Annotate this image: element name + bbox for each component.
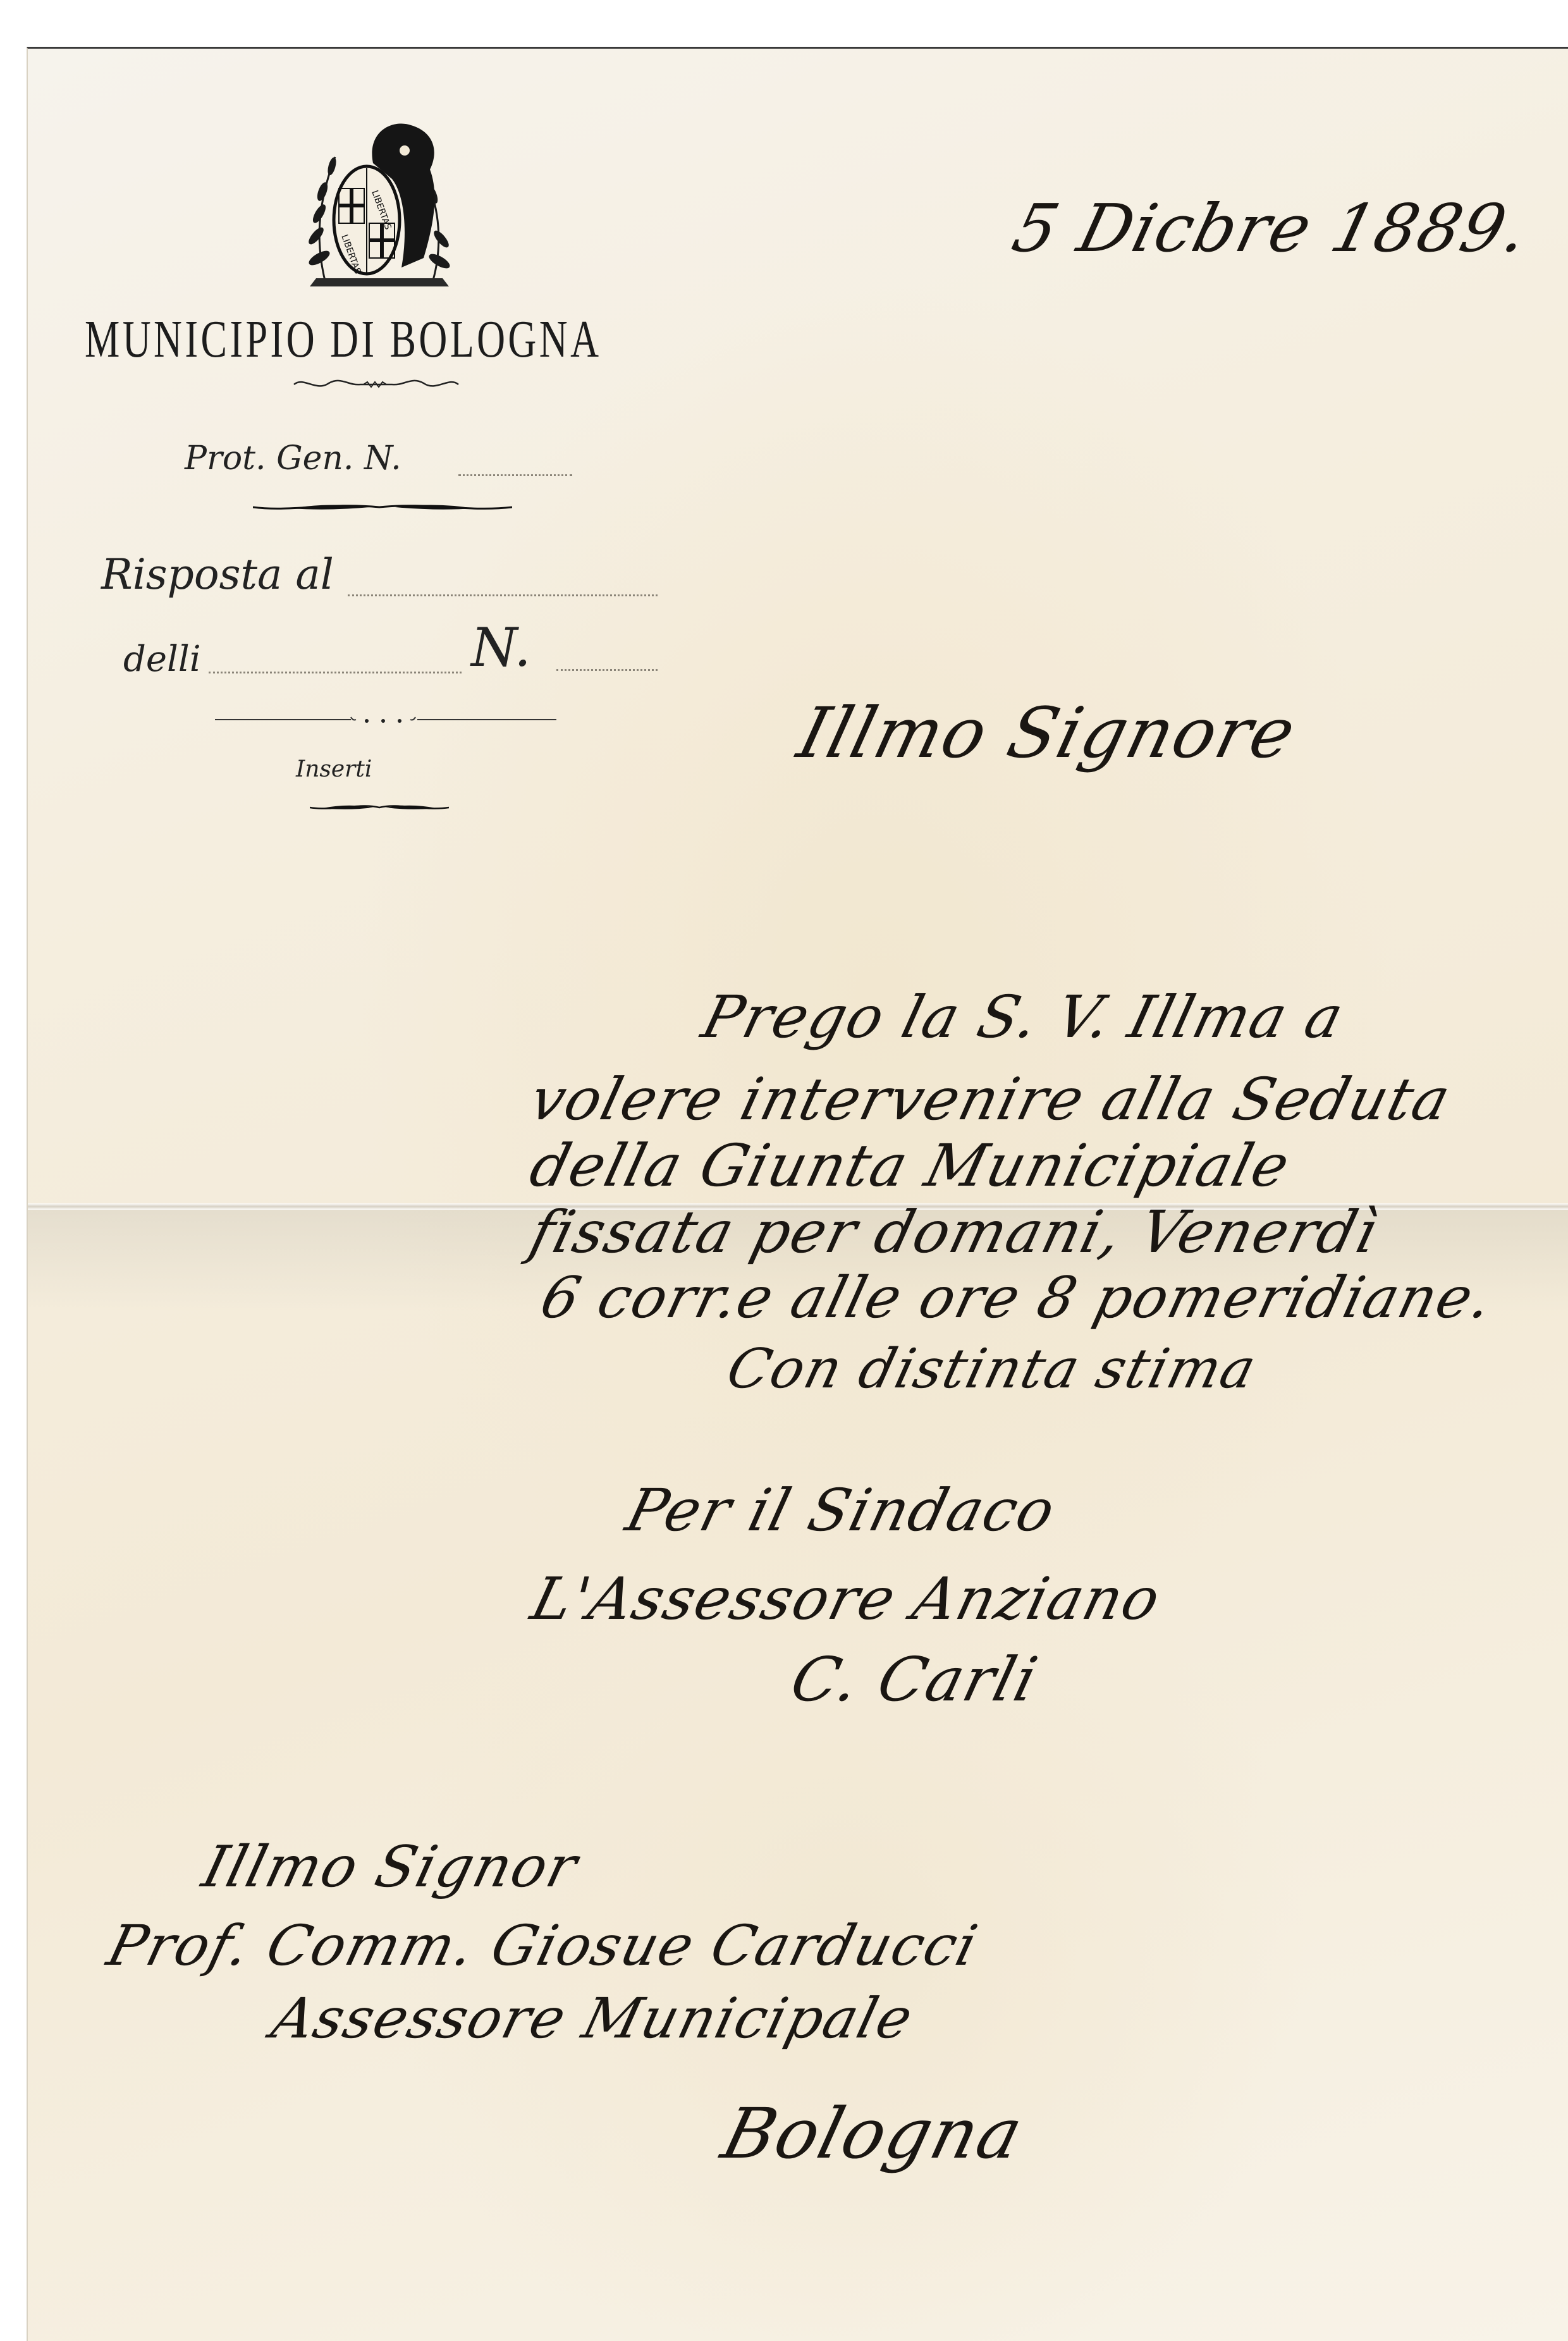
coat-of-arms-icon: LIBERTAS LIBERTAS <box>297 119 455 293</box>
delli-label: delli <box>123 639 201 680</box>
inserti-label: Inserti <box>296 756 372 782</box>
risposta-field <box>348 594 658 596</box>
numero-field <box>556 669 658 671</box>
address-line-2: Prof. Comm. Giosue Carducci <box>101 1913 984 1978</box>
salutation: Illmo Signore <box>790 692 1304 773</box>
dotted-rule-ornament-icon <box>215 713 556 726</box>
body-line-1: Prego la S. V. Illma a <box>695 983 1351 1051</box>
body-line-3: della Giunta Municipiale <box>524 1132 1297 1200</box>
signature: C. Carli <box>784 1644 1045 1715</box>
address-line-3: Assessore Municipale <box>266 1986 920 2051</box>
prot-gen-number-field <box>458 474 572 476</box>
address-line-1: Illmo Signor <box>196 1834 585 1900</box>
delli-field <box>209 672 462 673</box>
numero-label: N. <box>471 617 531 679</box>
letterhead-title: MUNICIPIO DI BOLOGNA <box>85 309 520 370</box>
body-line-6: Con distinta stima <box>721 1337 1263 1401</box>
letter-date: 5 Dicbre 1889. <box>1005 190 1537 267</box>
body-line-5: 6 corr.e alle ore 8 pomeridiane. <box>534 1265 1500 1331</box>
closing-per-il-sindaco: Per il Sindaco <box>620 1477 1063 1544</box>
swell-rule-small-ornament-icon <box>310 800 449 814</box>
body-line-2: volere intervenire alla Seduta <box>524 1066 1458 1133</box>
closing-assessore-anziano: L'Assessore Anziano <box>525 1565 1168 1633</box>
body-line-4: fissata per domani, Venerdì <box>524 1198 1385 1266</box>
prot-gen-label: Prot. Gen. N. <box>185 439 401 477</box>
address-city: Bologna <box>714 2093 1031 2174</box>
risposta-label: Risposta al <box>101 550 334 599</box>
flourish-ornament-icon <box>291 373 462 398</box>
swell-rule-ornament-icon <box>253 500 512 515</box>
